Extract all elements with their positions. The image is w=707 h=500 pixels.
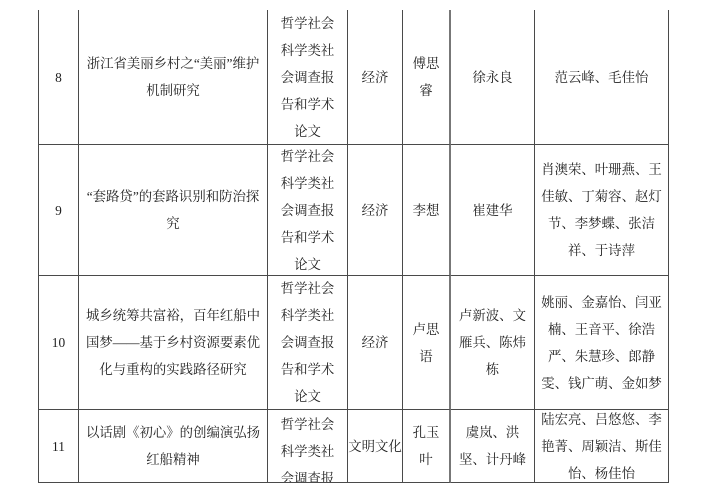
leader-name: 孔玉叶 bbox=[411, 419, 441, 473]
member-names: 姚丽、金嘉怡、闫亚楠、王音平、徐浩严、朱慧珍、郎静雯、钱广萌、金如梦 bbox=[540, 289, 663, 397]
member-names: 肖澳荣、叶珊燕、王佳敏、丁菊容、赵灯节、李梦蝶、张洁祥、于诗萍 bbox=[540, 156, 663, 264]
cell-project-title: 以话剧《初心》的创编演弘扬红船精神 bbox=[79, 410, 268, 483]
cell-members: 陆宏亮、吕悠悠、李艳菁、周颖洁、斯佳怡、杨佳怡 bbox=[535, 410, 669, 483]
leader-name: 傅思睿 bbox=[411, 50, 441, 104]
cell-category: 哲学社会科学类社会调查报告和学术论文 bbox=[268, 276, 348, 410]
track-text: 经济 bbox=[348, 329, 402, 356]
advisor-names: 徐永良 bbox=[456, 64, 529, 91]
advisor-names: 卢新波、文雁兵、陈炜栋 bbox=[456, 302, 529, 383]
cell-track: 文明文化 bbox=[348, 410, 403, 483]
cell-track: 经济 bbox=[348, 145, 403, 276]
cell-leader: 卢思语 bbox=[403, 276, 451, 410]
advisor-names: 虞岚、洪坚、计丹峰 bbox=[456, 419, 529, 473]
document-page: 8 浙江省美丽乡村之“美丽”维护机制研究 哲学社会科学类社会调查报告和学术论文 … bbox=[0, 0, 707, 500]
cell-leader: 孔玉叶 bbox=[403, 410, 451, 483]
cell-advisors: 徐永良 bbox=[451, 10, 535, 145]
cell-project-title: “套路贷”的套路识别和防治探究 bbox=[79, 145, 268, 276]
project-title: 浙江省美丽乡村之“美丽”维护机制研究 bbox=[85, 50, 261, 104]
project-title: 以话剧《初心》的创编演弘扬红船精神 bbox=[85, 419, 261, 473]
category-text: 哲学社会科学类社会调查报 bbox=[277, 411, 338, 483]
project-title: “套路贷”的套路识别和防治探究 bbox=[85, 183, 261, 237]
cell-index: 10 bbox=[39, 276, 79, 410]
cell-index: 11 bbox=[39, 410, 79, 483]
track-text: 经济 bbox=[348, 197, 402, 224]
track-text: 经济 bbox=[348, 64, 402, 91]
category-text: 哲学社会科学类社会调查报告和学术论文 bbox=[277, 276, 338, 410]
cell-leader: 傅思睿 bbox=[403, 10, 451, 145]
leader-name: 卢思语 bbox=[411, 316, 441, 370]
row-number: 8 bbox=[41, 64, 76, 91]
cell-category: 哲学社会科学类社会调查报告和学术论文 bbox=[268, 10, 348, 145]
cell-track: 经济 bbox=[348, 276, 403, 410]
cell-track: 经济 bbox=[348, 10, 403, 145]
cell-index: 8 bbox=[39, 10, 79, 145]
cell-members: 姚丽、金嘉怡、闫亚楠、王音平、徐浩严、朱慧珍、郎静雯、钱广萌、金如梦 bbox=[535, 276, 669, 410]
project-title: 城乡统筹共富裕，百年红船中国梦——基于乡村资源要素优化与重构的实践路径研究 bbox=[85, 302, 261, 383]
advisor-names: 崔建华 bbox=[456, 197, 529, 224]
cell-members: 肖澳荣、叶珊燕、王佳敏、丁菊容、赵灯节、李梦蝶、张洁祥、于诗萍 bbox=[535, 145, 669, 276]
cell-project-title: 城乡统筹共富裕，百年红船中国梦——基于乡村资源要素优化与重构的实践路径研究 bbox=[79, 276, 268, 410]
cell-advisors: 虞岚、洪坚、计丹峰 bbox=[451, 410, 535, 483]
row-number: 10 bbox=[41, 329, 76, 356]
category-text: 哲学社会科学类社会调查报告和学术论文 bbox=[277, 145, 338, 276]
track-text: 文明文化 bbox=[348, 433, 402, 460]
cell-category: 哲学社会科学类社会调查报 bbox=[268, 410, 348, 483]
projects-table: 8 浙江省美丽乡村之“美丽”维护机制研究 哲学社会科学类社会调查报告和学术论文 … bbox=[38, 10, 669, 483]
cell-index: 9 bbox=[39, 145, 79, 276]
member-names: 陆宏亮、吕悠悠、李艳菁、周颖洁、斯佳怡、杨佳怡 bbox=[540, 410, 663, 483]
cell-leader: 李想 bbox=[403, 145, 451, 276]
row-number: 11 bbox=[41, 433, 76, 460]
leader-name: 李想 bbox=[411, 197, 441, 224]
row-number: 9 bbox=[41, 197, 76, 224]
category-text: 哲学社会科学类社会调查报告和学术论文 bbox=[277, 10, 338, 145]
cell-category: 哲学社会科学类社会调查报告和学术论文 bbox=[268, 145, 348, 276]
cell-project-title: 浙江省美丽乡村之“美丽”维护机制研究 bbox=[79, 10, 268, 145]
cell-advisors: 卢新波、文雁兵、陈炜栋 bbox=[451, 276, 535, 410]
member-names: 范云峰、毛佳怡 bbox=[540, 64, 663, 91]
cell-advisors: 崔建华 bbox=[451, 145, 535, 276]
cell-members: 范云峰、毛佳怡 bbox=[535, 10, 669, 145]
